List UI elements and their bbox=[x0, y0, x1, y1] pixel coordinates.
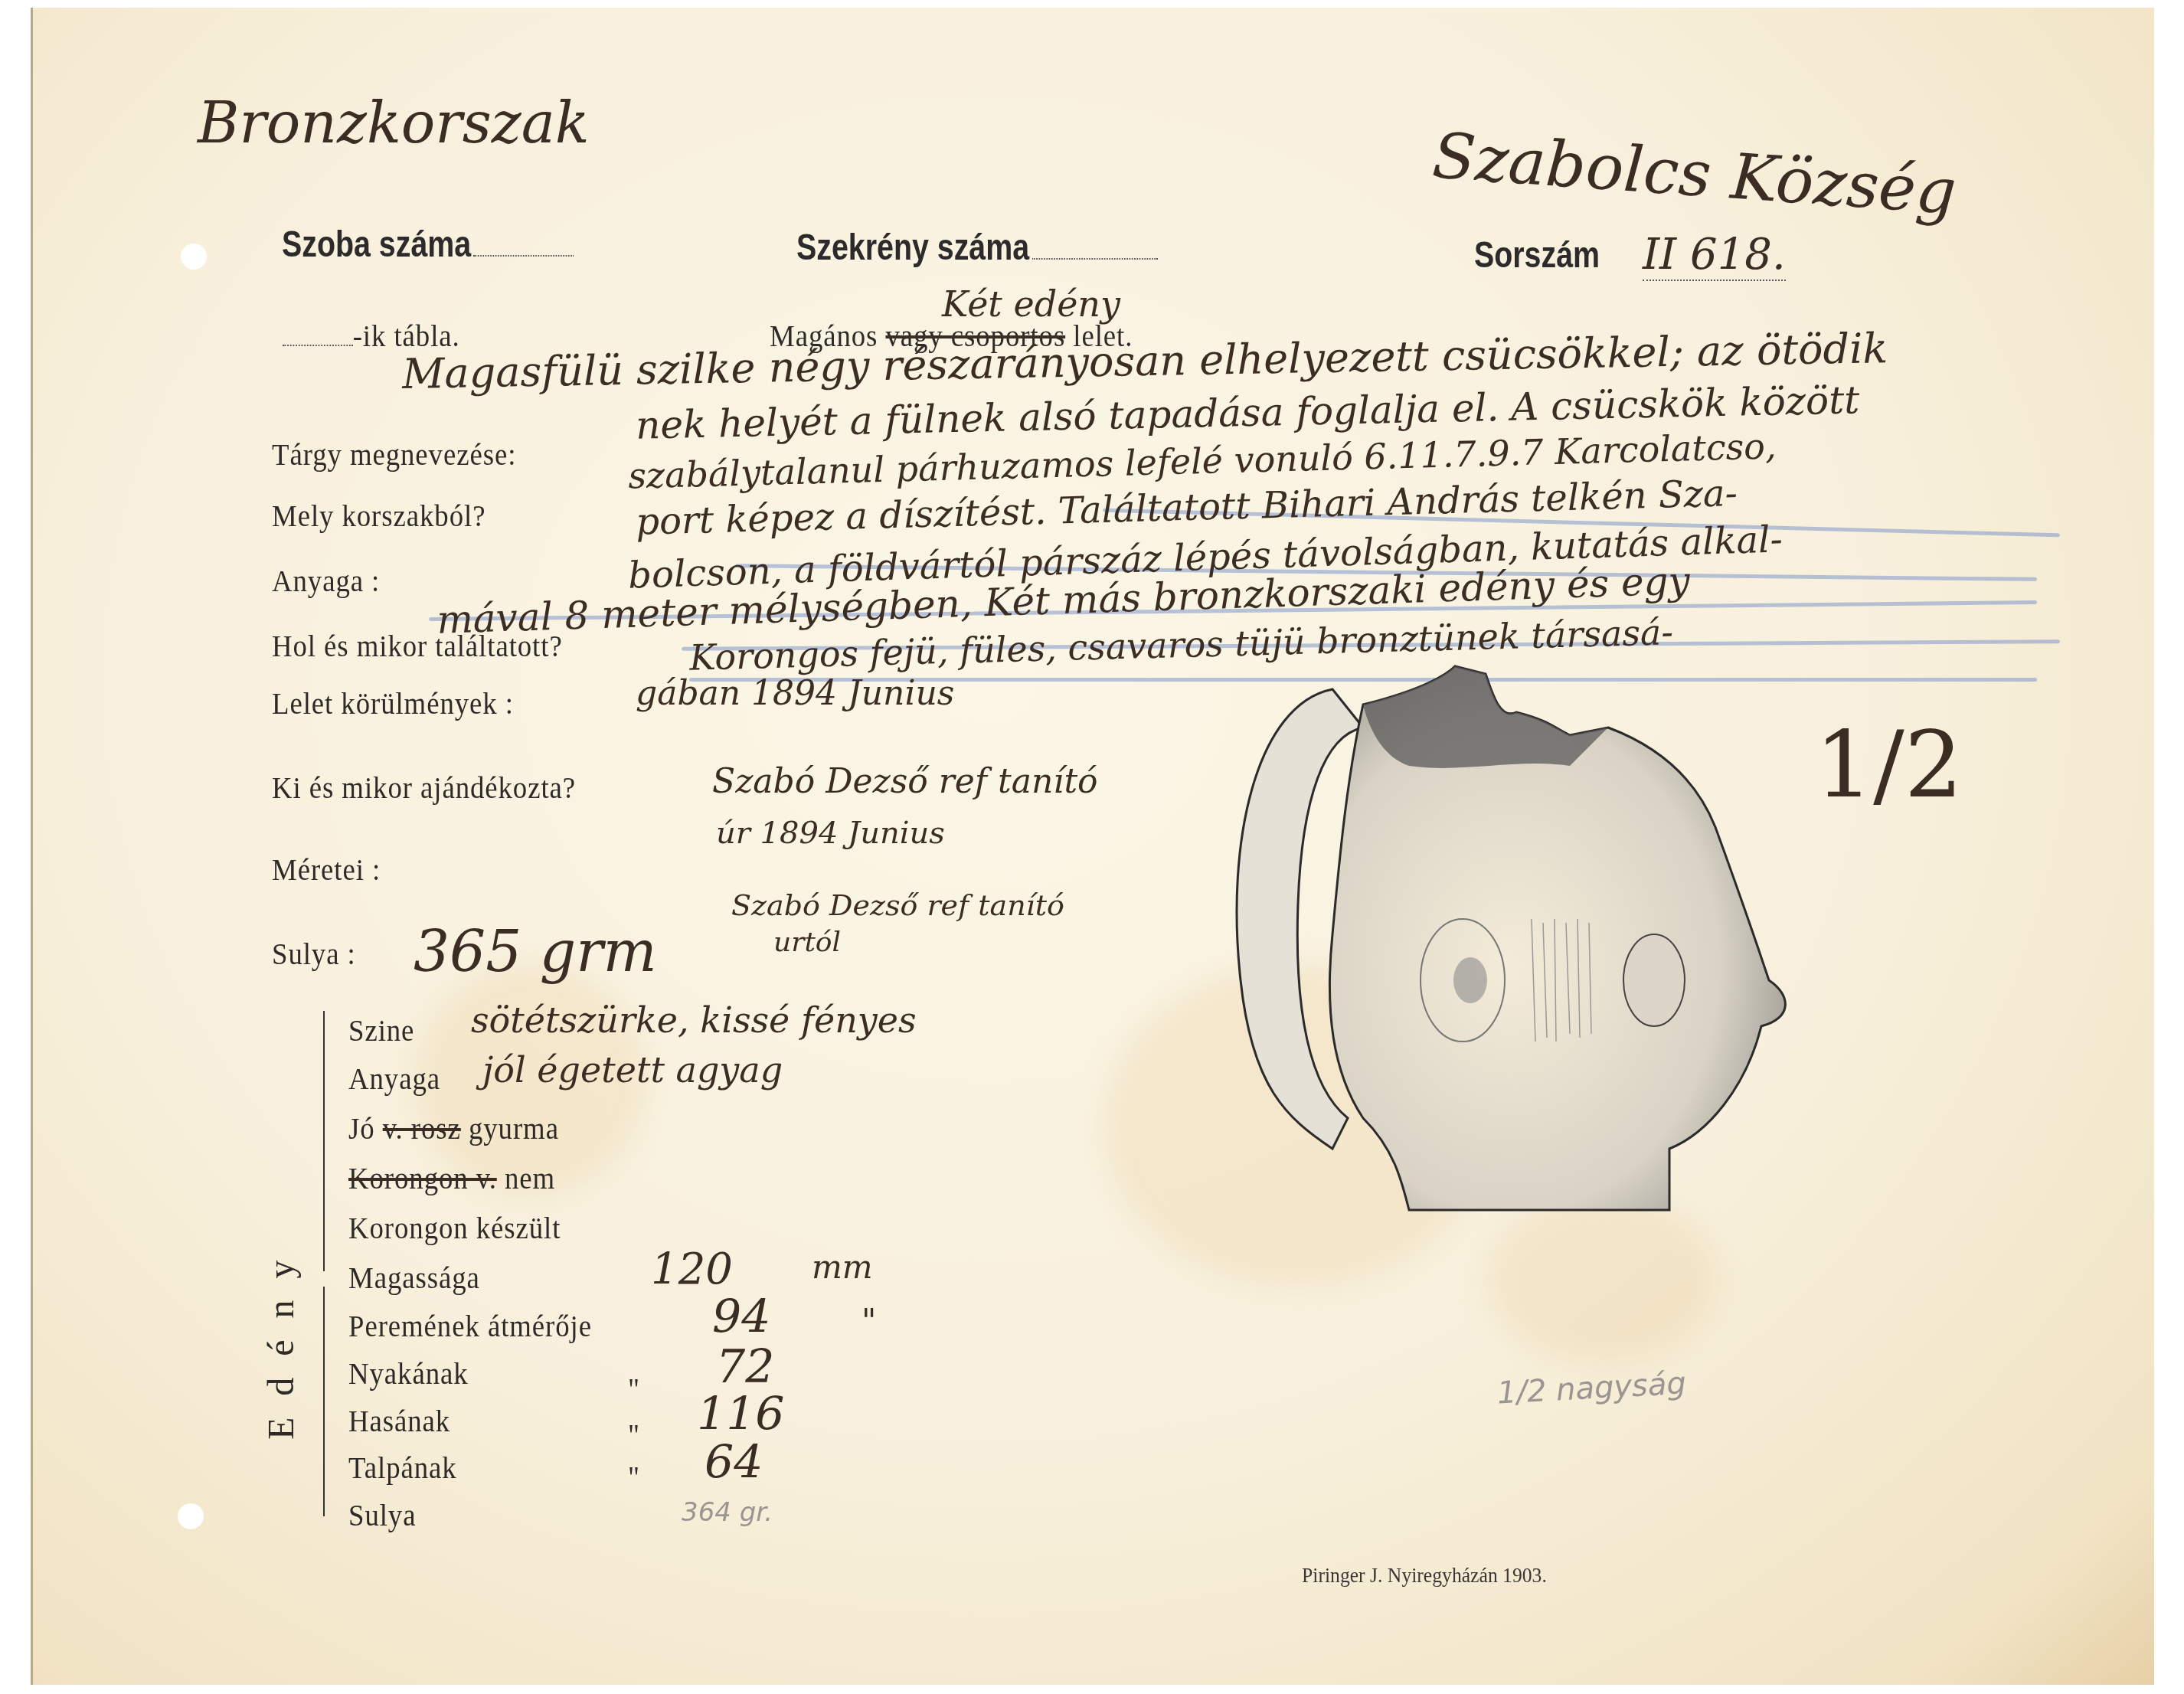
field-label-period: Mely korszakból? bbox=[272, 498, 486, 534]
ditto-mark: " bbox=[628, 1459, 640, 1495]
vessel-sketch bbox=[1210, 659, 1899, 1256]
vessel-label-wheel-made: Korongon készült bbox=[348, 1210, 561, 1246]
field-label-find-circumstances: Lelet körülmények : bbox=[272, 685, 514, 721]
find-type-annotation: Két edény bbox=[942, 283, 1120, 325]
vessel-value-height: 120 bbox=[651, 1244, 733, 1294]
bracket-upper bbox=[323, 1011, 325, 1271]
vessel-value-base: 64 bbox=[705, 1436, 763, 1490]
field-label-material: Anyaga : bbox=[272, 563, 380, 599]
serial-number-label: Sorszám bbox=[1474, 234, 1600, 276]
vessel-label-material: Anyaga bbox=[348, 1061, 440, 1097]
vessel-group-label: Edény bbox=[260, 1238, 302, 1440]
vessel-value-rim-diameter: 94 bbox=[712, 1290, 770, 1344]
serial-number-value: II 618. bbox=[1643, 230, 1786, 281]
vessel-label-clay-quality: Jó v. rosz gyurma bbox=[348, 1110, 559, 1146]
field-label-dimensions: Méretei : bbox=[272, 852, 381, 888]
vessel-value-belly: 116 bbox=[697, 1388, 785, 1441]
vessel-unit-height: mm bbox=[812, 1248, 873, 1286]
punch-hole bbox=[181, 244, 207, 270]
cabinet-number-label: Szekrény száma bbox=[796, 227, 1157, 269]
vessel-label-color: Szine bbox=[348, 1012, 414, 1048]
description-line: gában 1894 Junius bbox=[636, 674, 954, 713]
ditto-mark: " bbox=[628, 1417, 640, 1453]
vessel-label-height: Magassága bbox=[348, 1260, 480, 1296]
vessel-label-weight: Sulya bbox=[348, 1497, 416, 1533]
vessel-value-color: sötétszürke, kissé fényes bbox=[471, 999, 917, 1041]
field-label-weight: Sulya : bbox=[272, 936, 356, 972]
field-label-donor: Ki és mikor ajándékozta? bbox=[272, 770, 576, 806]
bracket-lower bbox=[323, 1287, 325, 1516]
vessel-label-base: Talpának bbox=[348, 1450, 457, 1486]
vessel-value-material: jól égetett agyag bbox=[482, 1049, 783, 1091]
donor-date: úr 1894 Junius bbox=[716, 816, 945, 851]
punch-hole bbox=[178, 1503, 204, 1529]
printer-imprint: Piringer J. Nyiregyházán 1903. bbox=[1302, 1564, 1547, 1588]
vessel-label-wheel: Korongon v. nem bbox=[348, 1160, 555, 1196]
ditto-mark: " bbox=[628, 1371, 640, 1407]
room-number-label: Szoba száma bbox=[282, 224, 574, 266]
vessel-value-weight: 364 gr. bbox=[682, 1497, 773, 1528]
weight-value: 365 grm bbox=[414, 919, 657, 985]
vessel-label-rim-diameter: Peremének átmérője bbox=[348, 1308, 592, 1344]
donor-note: Szabó Dezső ref tanító bbox=[731, 888, 1064, 922]
donor-note-suffix: urtól bbox=[773, 927, 841, 958]
table-label: -ik tábla. bbox=[280, 318, 460, 354]
vessel-value-neck: 72 bbox=[716, 1340, 774, 1394]
vessel-label-belly: Hasának bbox=[348, 1403, 450, 1439]
field-label-object-name: Tárgy megnevezése: bbox=[272, 437, 516, 473]
vessel-label-neck: Nyakának bbox=[348, 1356, 469, 1391]
donor-name: Szabó Dezső ref tanító bbox=[712, 762, 1098, 801]
vessel-unit-rim-diameter: " bbox=[862, 1302, 876, 1339]
drawing-scale: 1/2 bbox=[1815, 712, 1963, 819]
period-handwritten: Bronzkorszak bbox=[198, 90, 590, 156]
